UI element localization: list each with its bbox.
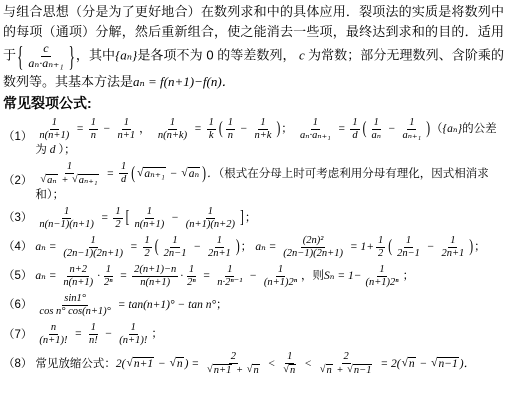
big-delimiter: ( [131,162,135,185]
fraction-numerator: 2 [342,351,351,364]
fraction-denominator: n+k [252,130,273,142]
math-text: 2n−1 [397,248,420,259]
math-text: 1 [172,235,177,246]
fraction-denominator: n·2ⁿ⁻¹ [215,277,244,289]
radicand: aₙ₊₁ [143,167,165,182]
fraction-numerator: 1 [187,264,196,277]
math-text: − [102,328,116,340]
text-run: ； [281,123,296,135]
fraction-denominator: d [119,174,128,186]
math-text: 2 [378,248,383,259]
fraction-denominator: (n+1)2ⁿ [262,277,299,289]
fraction: 1√n [280,351,299,378]
fraction-numerator: 1 [145,206,154,219]
fraction: 1aₙ·aₙ₊₁ [298,117,333,142]
fraction: 1(n+1)2ⁿ [363,264,400,289]
text-run: （ [431,123,443,135]
math-text: 1 [209,117,214,128]
math-text: 1 [313,117,318,128]
text-run: ； [241,241,256,253]
math-text: aₙ = [35,241,59,253]
fraction-denominator: √n + √n−1 [317,364,376,378]
fraction-numerator: 1 [407,117,416,130]
fraction: 1√aₙ + √aₙ₊₁ [37,161,101,188]
math-text: 1 [91,117,96,128]
formula-body: 1n(n−1)(n+1) = 12[1n(n+1) − 1(n+1)(n+2)]… [35,205,504,232]
math-text: n+1 [118,130,136,141]
radicand: n [252,364,259,378]
math-text: 1 [278,264,283,275]
math-text: aₙ = [35,270,59,282]
fraction-denominator: 2 [113,219,122,231]
fraction-denominator: aₙ₊₁ [400,130,423,142]
fraction-denominator: 2n−1 [162,248,189,260]
fraction-denominator: 2 [376,248,385,260]
sqrt-expression: √n+1 [207,364,232,378]
math-text: 2ⁿ [187,277,196,288]
section-heading: 常见裂项公式: [3,93,504,113]
math-text: = [104,168,118,180]
fraction-denominator: (n+1)! [117,335,149,347]
fraction: caₙ·aₙ₊₁ [26,42,65,71]
formula-label: （3） [3,211,32,225]
fraction: 12 [113,206,122,231]
fraction: 1n(n−1)(n+1) [37,206,95,231]
math-text: ) = [185,358,202,370]
text-run: ； [474,241,486,253]
text-run: ，其中 [76,47,115,62]
fraction-denominator: n(n+1) [61,277,95,289]
fraction-denominator: √aₙ + √aₙ₊₁ [37,174,101,188]
fraction-numerator: 1 [377,264,386,277]
formula-body: aₙ = 1(2n−1)(2n+1) = 12(12n−1 − 12n+1)； … [35,234,504,261]
fraction-numerator: 1 [206,206,215,219]
math-text: − [168,212,182,224]
fraction-denominator: 2n+1 [206,248,233,260]
fraction-numerator: 1 [350,117,359,130]
math-text: d [121,174,126,185]
fraction: 12 [376,235,385,260]
math-text: ． [207,168,219,180]
math-text: 1 [121,161,126,172]
math-text: = [73,123,87,135]
fraction: 2√n + √n−1 [317,351,376,378]
math-text: n(n+1) [134,219,164,230]
radicand: aₙ [188,167,200,182]
fraction-numerator: 1 [143,235,152,248]
fraction-numerator: 1 [372,117,381,130]
math-text: 2 [344,351,349,362]
math-text: = [117,270,131,282]
math-text: 2 [145,248,150,259]
fraction-denominator: n+1 [116,130,138,142]
math-text: n! [89,335,98,346]
math-text: 1 [64,206,69,217]
math-text: sin1° [64,293,86,304]
math-text: k [209,130,214,141]
big-delimiter: [ [126,207,130,230]
math-text: cos n° cos(n+1)° [39,306,110,317]
math-text: aₙ = f(n+1)−f(n)． [133,74,235,89]
math-text: aₙ·aₙ₊₁ [300,130,331,141]
math-text: 1 [145,235,150,246]
fraction: 12n+1 [439,235,466,260]
math-text: 1 [374,117,379,128]
radicand: n [408,357,416,372]
fraction: 2(n+1)−nn(n+1) [132,264,178,289]
fraction: 1n(n+1) [132,206,166,231]
fraction-denominator: (2n−1)(2n+1) [281,248,345,260]
math-text: − [100,123,114,135]
fraction: 1n+1 [116,117,138,142]
math-text: + [233,366,245,377]
radicand: n−1 [437,357,458,372]
math-text: 1 [227,264,232,275]
math-text: 1 [91,235,96,246]
fraction-denominator: n(n−1)(n+1) [37,219,95,231]
fraction-numerator: 1 [89,117,98,130]
fraction: 1aₙ₊₁ [400,117,423,142]
fraction-denominator: n(n+1) [37,130,71,142]
fraction-denominator: aₙ·aₙ₊₁ [298,130,333,142]
text-run: ，则 [301,270,324,282]
math-text: n(n+1) [39,130,69,141]
text-run: ； [216,299,228,311]
fraction-numerator: (2n)² [301,235,326,248]
fraction-numerator: 1 [215,235,224,248]
math-text: d [352,130,357,141]
formula-body: 1n(n+1) = 1n − 1n+1， 1n(n+k) = 1k(1n − 1… [35,116,504,158]
text-run: ； [245,212,257,224]
math-text: 1 [352,117,357,128]
math-text: c [43,41,48,55]
formula-body: 1√aₙ + √aₙ₊₁ = 1d(√aₙ₊₁ − √aₙ)．（根式在分母上时可… [35,160,504,203]
fraction-numerator: 1 [276,264,285,277]
math-text: 1 [147,206,152,217]
fraction: 1n+k [252,117,273,142]
fraction: 12 [143,235,152,260]
math-text: d [47,144,59,156]
fraction: 1n·2ⁿ⁻¹ [215,264,244,289]
fraction-numerator: 1 [258,117,267,130]
fraction: 1aₙ [369,117,383,142]
math-text: 1 [208,206,213,217]
fraction: 1n [89,117,98,142]
fraction-denominator: n! [87,335,100,347]
big-delimiter: ( [363,118,367,141]
fraction-numerator: 1 [89,322,98,335]
radicand: n [176,357,184,372]
math-text: + [334,366,346,377]
fraction-denominator: (n+1)! [37,335,69,347]
math-text: < [265,358,279,370]
big-delimiter: } [69,35,75,78]
fraction-numerator: n+2 [67,264,89,277]
fraction-numerator: 1 [122,117,131,130]
fraction: n(n+1)! [37,322,69,347]
intro-paragraph: 与组合思想（分是为了更好地合）在数列求和中的具体应用．裂项法的实质是将数列中的每… [3,2,504,91]
fraction-denominator: (n+1)2ⁿ [363,277,400,289]
math-text: − [246,270,260,282]
math-text: − [424,241,438,253]
fraction-denominator: d [350,130,359,142]
formula-body: n(n+1)! = 1n! − 1(n+1)!； [35,321,504,348]
radicand: n−1 [353,364,373,378]
fraction-denominator: 2 [143,248,152,260]
math-text: = [191,123,205,135]
math-text: n [51,322,56,333]
fraction-denominator: n(n+1) [138,277,172,289]
math-text: 2ⁿ [104,277,113,288]
math-text: 2( [116,358,126,370]
fraction-denominator: k [207,130,216,142]
fraction: 1n! [87,322,100,347]
document-page: 与组合思想（分是为了更好地合）在数列求和中的具体应用．裂项法的实质是将数列中的每… [0,0,507,394]
fraction-numerator: 1 [104,264,113,277]
sqrt-expression: √n [247,364,260,378]
fraction-denominator: n [226,130,235,142]
math-text: n·2ⁿ⁻¹ [217,277,242,288]
fraction-denominator: √n [280,364,299,378]
fraction-denominator: 2ⁿ [102,277,115,289]
fraction: 1(n+1)(n+2) [184,206,237,231]
math-text: − [237,123,251,135]
sqrt-expression: √n−1 [347,364,372,378]
fraction-numerator: 1 [170,235,179,248]
fraction: 1(n+1)! [117,322,149,347]
fraction-denominator: (n+1)(n+2) [184,219,237,231]
math-text: 1 [189,264,194,275]
math-text: 2 [115,219,120,230]
math-text: − [190,241,204,253]
sqrt-expression: √n [402,357,416,372]
formula-list: （1）1n(n+1) = 1n − 1n+1， 1n(n+k) = 1k(1n … [3,116,504,379]
formula-body: 常见放缩公式：2(√n+1 − √n) = 2√n+1 + √n < 1√n <… [35,350,504,379]
math-text: n+k [254,130,271,141]
fraction: 12ⁿ [185,264,198,289]
fraction-numerator: c [41,42,50,57]
math-text: 1 [170,117,175,128]
radicand: n+1 [133,357,154,372]
math-text: 1 [378,235,383,246]
fraction: 12n−1 [395,235,422,260]
math-text: (2n)² [303,235,324,246]
formula-item-6: （6）sin1°cos n° cos(n+1)° = tan(n+1)° − t… [3,292,504,319]
fraction-denominator: aₙ·aₙ₊₁ [26,57,65,71]
math-text: )． [460,358,475,370]
math-text: (n+1)(n+2) [186,219,235,230]
big-delimiter: ) [469,236,473,259]
fraction-denominator: 2n+1 [439,248,466,260]
math-text: − [385,123,399,135]
math-text: (2n−1)(2n+1) [63,248,123,259]
math-text: (n+1)! [119,335,147,346]
big-delimiter: ) [202,162,206,185]
math-text: aₙ·aₙ₊₁ [28,56,63,70]
fraction-numerator: sin1° [62,293,88,306]
formula-item-3: （3）1n(n−1)(n+1) = 12[1n(n+1) − 1(n+1)(n+… [3,205,504,232]
math-text: {aₙ} [443,123,463,135]
text-run: ； [403,270,415,282]
fraction-numerator: 1 [207,117,216,130]
math-text: 1 [217,235,222,246]
formula-item-8: （8）常见放缩公式：2(√n+1 − √n) = 2√n+1 + √n < 1√… [3,350,504,379]
fraction-numerator: 1 [226,117,235,130]
fraction-numerator: 1 [225,264,234,277]
big-delimiter: ) [236,236,240,259]
big-delimiter: { [17,35,23,78]
math-text: n(n+k) [158,130,187,141]
math-text: = [200,270,214,282]
fraction-numerator: 1 [168,117,177,130]
fraction-denominator: 2ⁿ [185,277,198,289]
sqrt-expression: √n+1 [127,357,155,372]
formula-label: （2） [3,174,32,188]
math-text: 2n−1 [164,248,187,259]
fraction-denominator: 2n−1 [395,248,422,260]
math-text: n [228,130,233,141]
fraction: (2n)²(2n−1)(2n+1) [281,235,345,260]
math-text: {aₙ} [115,47,137,62]
math-text: (n+1)2ⁿ [365,277,398,288]
fraction-numerator: 1 [404,235,413,248]
formula-label: （6） [3,298,32,312]
fraction: 12n−1 [162,235,189,260]
math-text: 1 [115,206,120,217]
math-text: (n+1)! [39,335,67,346]
math-text: 1 [228,117,233,128]
math-text: − [417,358,431,370]
math-text: 2n+1 [441,248,464,259]
fraction-numerator: 1 [285,351,294,364]
fraction-numerator: n [49,322,58,335]
fraction: 1n [226,117,235,142]
big-delimiter: ] [240,207,244,230]
fraction-denominator: (2n−1)(2n+1) [61,248,125,260]
sqrt-expression: √aₙ [181,167,200,182]
math-text: 1 [131,322,136,333]
fraction-numerator: 2 [229,351,238,364]
formula-body: aₙ = n+2n(n+1)·12ⁿ = 2(n+1)−nn(n+1)·12ⁿ … [35,263,504,290]
math-text: n(n−1)(n+1) [39,219,93,230]
math-text: 1 [91,322,96,333]
fraction: 1(2n−1)(2n+1) [61,235,125,260]
fraction-denominator: cos n° cos(n+1)° [37,306,112,318]
math-text: Sₙ = 1− [324,270,361,282]
fraction-numerator: 1 [50,117,59,130]
math-text: < [301,358,315,370]
fraction-numerator: 2(n+1)−n [132,264,178,277]
formula-item-2: （2）1√aₙ + √aₙ₊₁ = 1d(√aₙ₊₁ − √aₙ)．（根式在分母… [3,160,504,203]
fraction-denominator: n [89,130,98,142]
sqrt-expression: √n [283,364,296,378]
sqrt-expression: √aₙ₊₁ [137,167,166,182]
fraction-denominator: aₙ [369,130,383,142]
fraction-numerator: 1 [113,206,122,219]
big-delimiter: ) [276,118,280,141]
radicand: n [289,364,296,378]
text-run: 是各项不为 0 的等差数列， [137,47,295,62]
math-text: c [296,47,308,62]
fraction: 1(n+1)2ⁿ [262,264,299,289]
math-text: + [59,175,71,186]
formula-label: （1） [3,130,32,144]
math-text: (2n−1)(2n+1) [283,248,343,259]
formula-body: sin1°cos n° cos(n+1)° = tan(n+1)° − tan … [35,292,504,319]
sqrt-expression: √n−1 [431,357,459,372]
sqrt-expression: √aₙ [40,174,57,188]
fraction-numerator: 1 [119,161,128,174]
math-text: 1 [287,351,292,362]
big-delimiter: ) [426,118,430,141]
math-text: 1 [106,264,111,275]
math-text: aₙ = [255,241,279,253]
fraction: n+2n(n+1) [61,264,95,289]
math-text: 1 [450,235,455,246]
math-text: = 2( [377,358,400,370]
radicand: aₙ [46,174,58,188]
formula-item-1: （1）1n(n+1) = 1n − 1n+1， 1n(n+k) = 1k(1n … [3,116,504,158]
fraction-denominator: n(n+1) [132,219,166,231]
math-text: 1 [67,161,72,172]
fraction: 2√n+1 + √n [204,351,263,378]
math-text: n [91,130,96,141]
sqrt-expression: √n [320,364,333,378]
formula-label: （8） [3,357,32,371]
math-text: n(n+1) [63,277,93,288]
text-run: 常见放缩公式： [35,358,116,370]
math-text: 1 [406,235,411,246]
big-delimiter: ( [155,236,159,259]
fraction: sin1°cos n° cos(n+1)° [37,293,112,318]
fraction: 1d [119,161,128,186]
fraction-denominator: n(n+k) [156,130,189,142]
formula-label: （7） [3,328,32,342]
math-text: n+2 [69,264,87,275]
math-text: − [167,168,181,180]
radicand: n [326,364,333,378]
fraction-numerator: 1 [448,235,457,248]
sqrt-expression: √aₙ₊₁ [72,174,98,188]
math-text: = [127,241,141,253]
math-text: = [335,123,349,135]
text-run: ； [151,328,163,340]
math-text: aₙ [371,130,381,141]
math-text: = [71,328,85,340]
math-text: · [97,270,100,282]
big-delimiter: ( [219,118,223,141]
fraction-numerator: 1 [89,235,98,248]
formula-label: （4） [3,240,32,254]
fraction: 12ⁿ [102,264,115,289]
math-text: 1 [124,117,129,128]
text-run: ）； [58,144,75,156]
fraction: 1n(n+k) [156,117,189,142]
fraction-numerator: 1 [65,161,74,174]
math-text: 1 [260,117,265,128]
fraction: 1n(n+1) [37,117,71,142]
formula-item-5: （5）aₙ = n+2n(n+1)·12ⁿ = 2(n+1)−nn(n+1)·1… [3,263,504,290]
math-text: 1 [379,264,384,275]
math-text: · [180,270,183,282]
formula-item-4: （4）aₙ = 1(2n−1)(2n+1) = 12(12n−1 − 12n+1… [3,234,504,261]
formula-item-7: （7）n(n+1)! = 1n! − 1(n+1)!； [3,321,504,348]
math-text: 2n+1 [208,248,231,259]
fraction-numerator: 1 [376,235,385,248]
math-text: = tan(n+1)° − tan n° [115,299,216,311]
math-text: = [98,212,112,224]
sqrt-expression: √n [170,357,184,372]
